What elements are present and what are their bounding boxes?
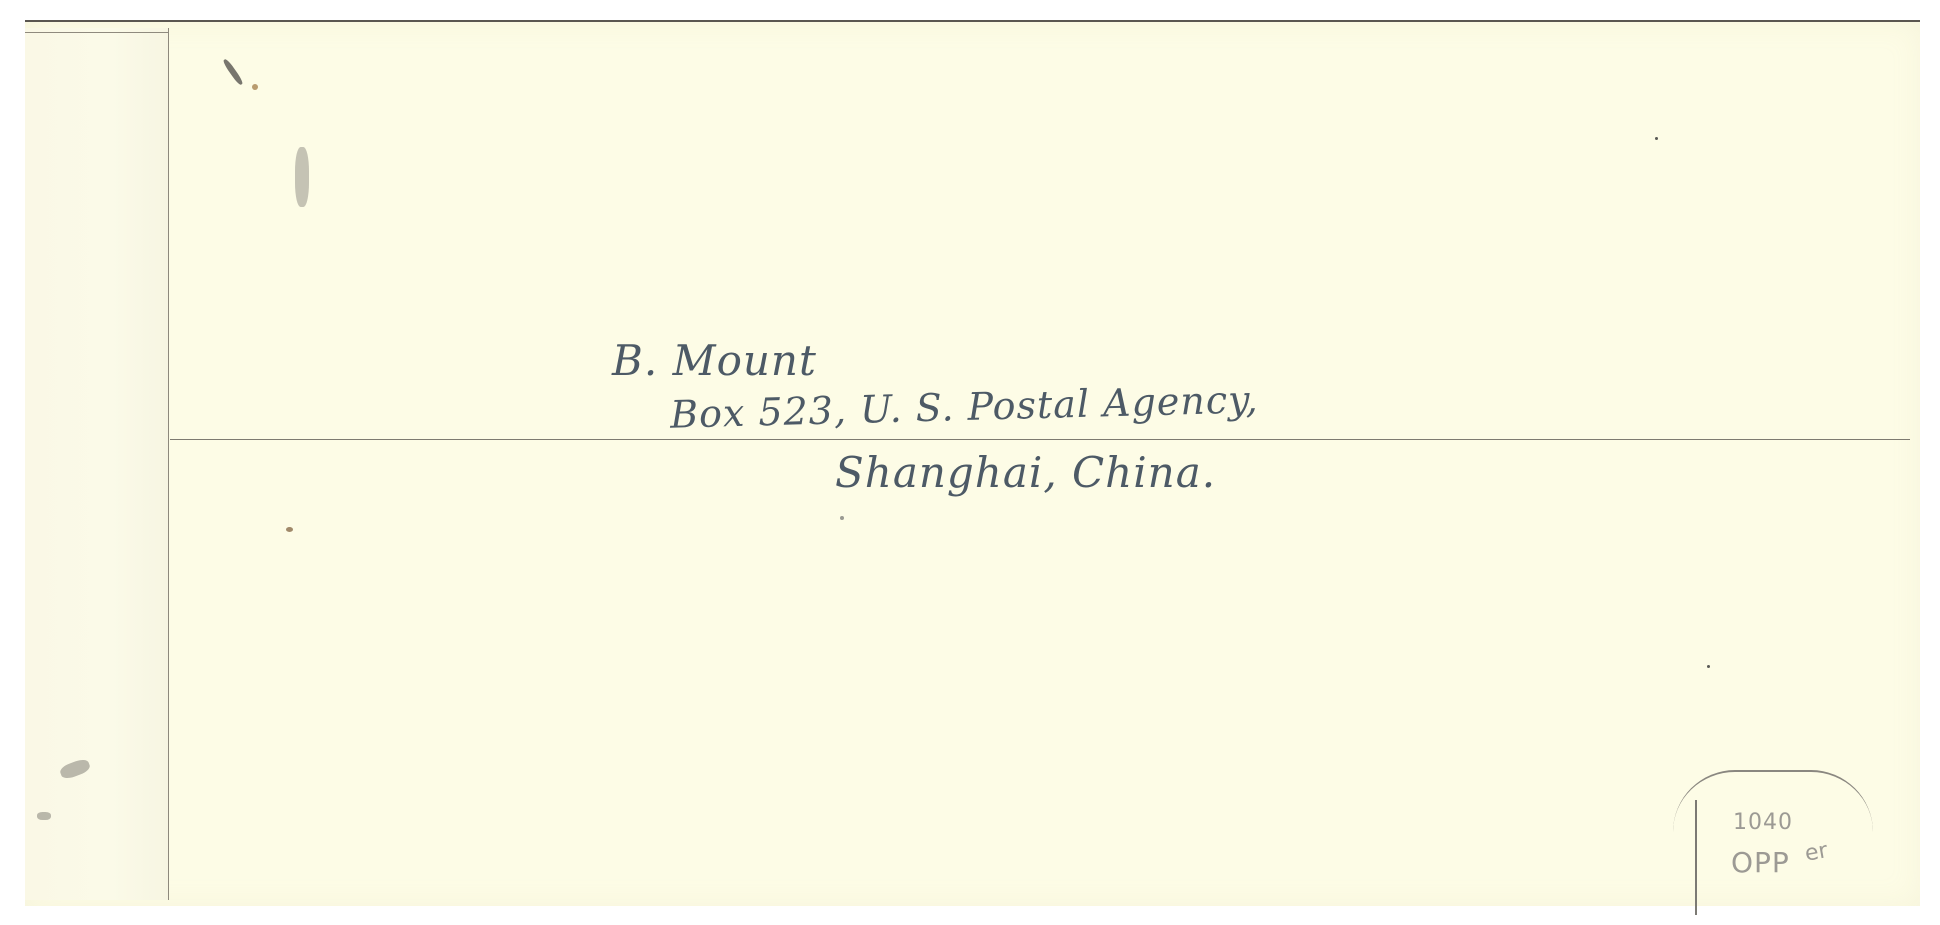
ink-smudge [295, 147, 309, 207]
envelope-back: B. Mount Box 523, U. S. Postal Agency, S… [25, 20, 1920, 906]
stain-speck [252, 84, 258, 90]
pencil-note-suffix: er [1803, 838, 1830, 867]
scanned-image: B. Mount Box 523, U. S. Postal Agency, S… [0, 0, 1940, 925]
pencil-annotation: 1040 OPP er [1673, 770, 1893, 920]
pencil-note-year: 1040 [1733, 810, 1793, 835]
envelope-fold-line [170, 439, 1910, 440]
stain-speck [840, 516, 844, 520]
stain-speck [286, 527, 293, 532]
envelope-side-flap [25, 28, 169, 900]
stain-speck [1707, 665, 1710, 668]
sender-city-country: Shanghai, China. [835, 452, 1216, 494]
pencil-note-opp: OPP [1731, 846, 1790, 879]
sender-box-agency: Box 523, U. S. Postal Agency, [670, 380, 1259, 433]
ink-smudge [222, 58, 244, 86]
pencil-bracket-mark [1695, 800, 1697, 915]
flap-top-edge [25, 28, 168, 33]
stain-speck [1655, 137, 1658, 140]
ink-smudge [37, 812, 51, 820]
sender-name: B. Mount [612, 340, 817, 382]
